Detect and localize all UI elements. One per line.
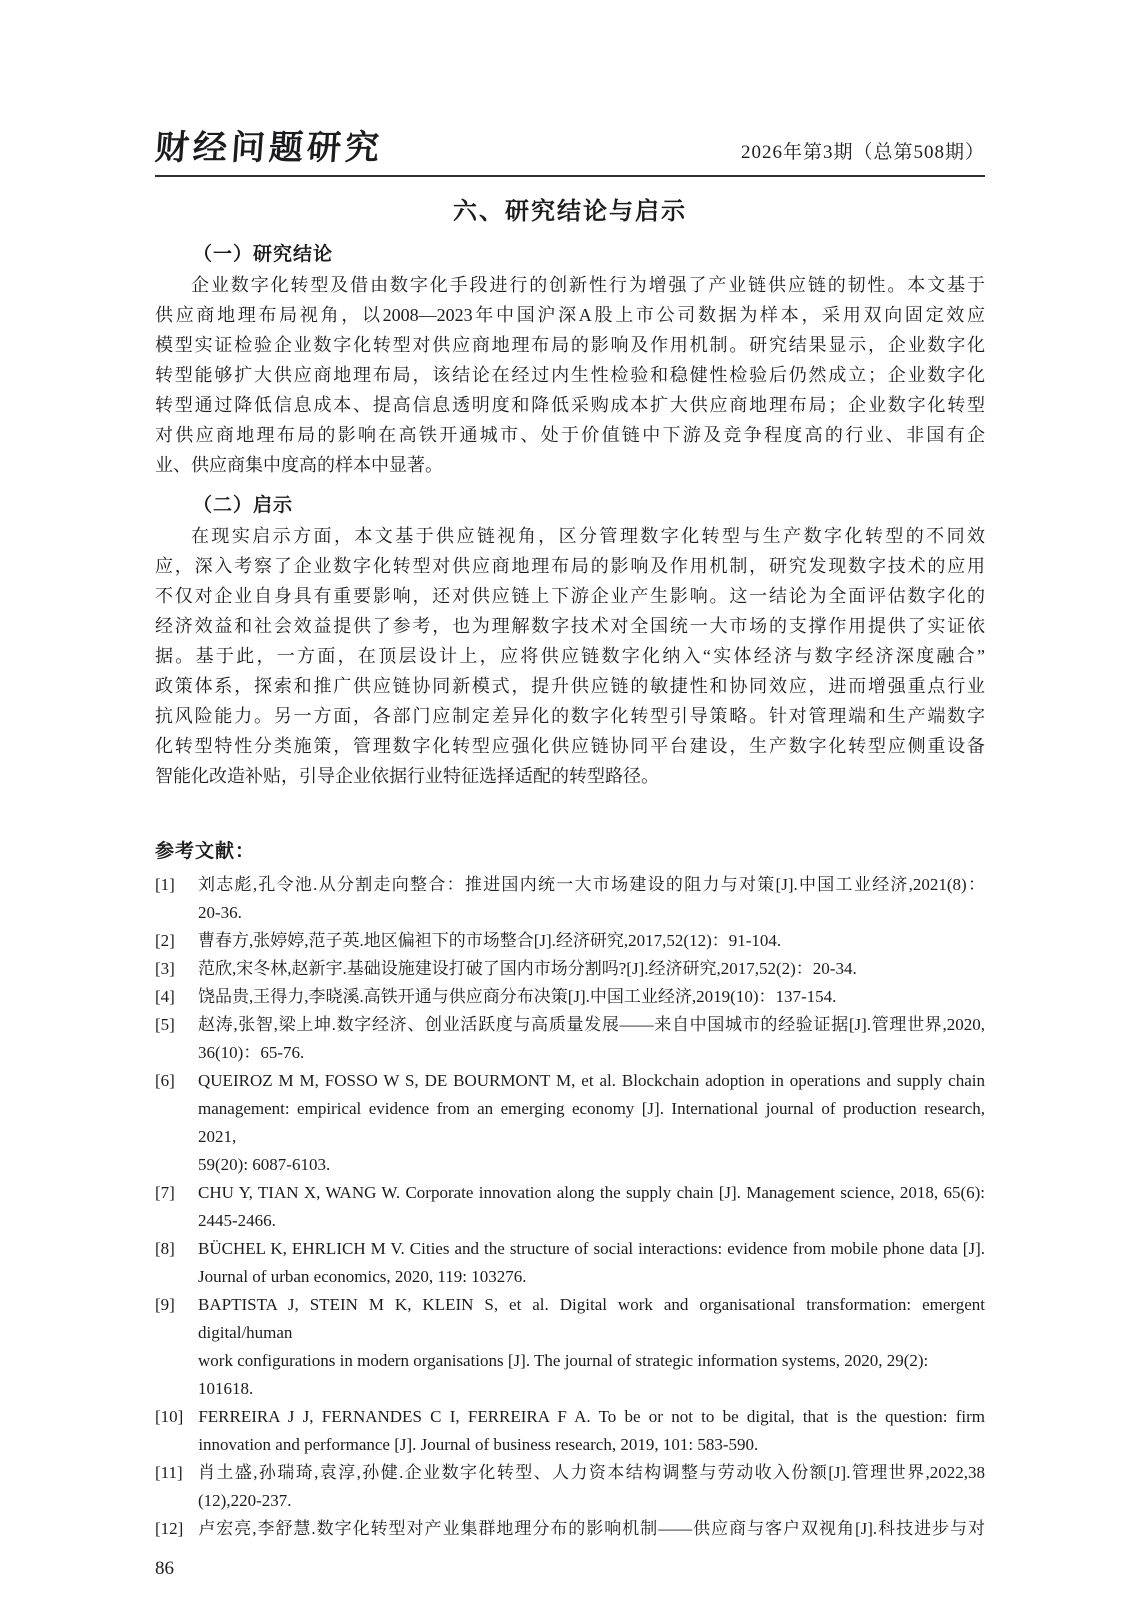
masthead: 财经问题研究 2026年第3期（总第508期） xyxy=(155,128,985,177)
reference-line: BAPTISTA J, STEIN M K, KLEIN S, et al. D… xyxy=(198,1291,985,1347)
reference-line: 范欣,宋冬林,赵新宇.基础设施建设打破了国内市场分割吗?[J].经济研究,201… xyxy=(198,955,985,983)
reference-line: innovation and performance [J]. Journal … xyxy=(198,1431,985,1459)
paragraph-line: 经济效益和社会效益提供了参考，也为理解数字技术对全国统一大市场的支撑作用提供了实… xyxy=(155,611,985,641)
paragraph-line: 转型通过降低信息成本、提高信息透明度和降低采购成本扩大供应商地理布局；企业数字化… xyxy=(155,390,985,420)
paragraph-line: 抗风险能力。另一方面，各部门应制定差异化的数字化转型引导策略。针对管理端和生产端… xyxy=(155,701,985,731)
reference-line: work configurations in modern organisati… xyxy=(198,1347,985,1403)
issue-info: 2026年第3期（总第508期） xyxy=(741,138,985,168)
page-number: 86 xyxy=(155,1555,985,1583)
references-heading: 参考文献： xyxy=(155,837,985,867)
paragraph-line: 转型能够扩大供应商地理布局，该结论在经过内生性检验和稳健性检验后仍然成立；企业数… xyxy=(155,360,985,390)
reference-line: BÜCHEL K, EHRLICH M V. Cities and the st… xyxy=(198,1235,985,1263)
reference-item: [10] FERREIRA J J, FERNANDES C I, FERREI… xyxy=(155,1403,985,1459)
paragraph-line: 模型实证检验企业数字化转型对供应商地理布局的影响及作用机制。研究结果显示，企业数… xyxy=(155,330,985,360)
reference-item: [12] 卢宏亮,李舒慧.数字化转型对产业集群地理分布的影响机制——供应商与客户… xyxy=(155,1515,985,1543)
paragraph-line: 智能化改造补贴，引导企业依据行业特征选择适配的转型路径。 xyxy=(155,761,985,791)
reference-item: [3] 范欣,宋冬林,赵新宇.基础设施建设打破了国内市场分割吗?[J].经济研究… xyxy=(155,955,985,983)
reference-line: FERREIRA J J, FERNANDES C I, FERREIRA F … xyxy=(198,1403,985,1431)
reference-line: 36(10)：65-76. xyxy=(198,1039,985,1067)
paragraph-conclusions: 企业数字化转型及借由数字化手段进行的创新性行为增强了产业链供应链的韧性。本文基于… xyxy=(155,270,985,480)
reference-label: [1] xyxy=(155,871,183,927)
reference-label: [11] xyxy=(155,1459,183,1515)
subsection-heading-2: （二）启示 xyxy=(155,491,985,521)
reference-item: [4] 饶品贵,王得力,李晓溪.高铁开通与供应商分布决策[J].中国工业经济,2… xyxy=(155,983,985,1011)
reference-line: 饶品贵,王得力,李晓溪.高铁开通与供应商分布决策[J].中国工业经济,2019(… xyxy=(198,983,985,1011)
reference-line: 2445-2466. xyxy=(198,1207,985,1235)
reference-label: [2] xyxy=(155,927,183,955)
reference-label: [6] xyxy=(155,1067,183,1179)
reference-label: [8] xyxy=(155,1235,183,1291)
paragraph-line: 供应商地理布局视角，以2008—2023年中国沪深A股上市公司数据为样本，采用双… xyxy=(155,300,985,330)
subsection-heading-1: （一）研究结论 xyxy=(155,240,985,270)
reference-line: 肖土盛,孙瑞琦,袁淳,孙健.企业数字化转型、人力资本结构调整与劳动收入份额[J]… xyxy=(198,1459,985,1487)
reference-line: 59(20): 6087-6103. xyxy=(198,1151,985,1179)
reference-line: (12),220-237. xyxy=(198,1487,985,1515)
paragraph-implications: 在现实启示方面，本文基于供应链视角，区分管理数字化转型与生产数字化转型的不同效 … xyxy=(155,521,985,791)
paragraph-line: 业、供应商集中度高的样本中显著。 xyxy=(155,450,985,480)
reference-item: [5] 赵涛,张智,梁上坤.数字经济、创业活跃度与高质量发展——来自中国城市的经… xyxy=(155,1011,985,1067)
reference-item: [1] 刘志彪,孔令池.从分割走向整合：推进国内统一大市场建设的阻力与对策[J]… xyxy=(155,871,985,927)
reference-line: 曹春方,张婷婷,范子英.地区偏袒下的市场整合[J].经济研究,2017,52(1… xyxy=(198,927,985,955)
paragraph-line: 不仅对企业自身具有重要影响，还对供应链上下游企业产生影响。这一结论为全面评估数字… xyxy=(155,581,985,611)
paragraph-line: 政策体系，探索和推广供应链协同新模式，提升供应链的敏捷性和协同效应，进而增强重点… xyxy=(155,671,985,701)
paragraph-line: 对供应商地理布局的影响在高铁开通城市、处于价值链中下游及竞争程度高的行业、非国有… xyxy=(155,420,985,450)
section-title: 六、研究结论与启示 xyxy=(155,195,985,229)
reference-line: Journal of urban economics, 2020, 119: 1… xyxy=(198,1263,985,1291)
reference-item: [11] 肖土盛,孙瑞琦,袁淳,孙健.企业数字化转型、人力资本结构调整与劳动收入… xyxy=(155,1459,985,1515)
journal-page: 财经问题研究 2026年第3期（总第508期） 六、研究结论与启示 （一）研究结… xyxy=(0,0,1140,1600)
reference-label: [10] xyxy=(155,1403,183,1459)
paragraph-line: 企业数字化转型及借由数字化手段进行的创新性行为增强了产业链供应链的韧性。本文基于 xyxy=(155,270,985,300)
reference-item: [6] QUEIROZ M M, FOSSO W S, DE BOURMONT … xyxy=(155,1067,985,1179)
reference-line: QUEIROZ M M, FOSSO W S, DE BOURMONT M, e… xyxy=(198,1067,985,1095)
reference-line: CHU Y, TIAN X, WANG W. Corporate innovat… xyxy=(198,1179,985,1207)
reference-label: [3] xyxy=(155,955,183,983)
paragraph-line: 据。基于此，一方面，在顶层设计上，应将供应链数字化纳入“实体经济与数字经济深度融… xyxy=(155,641,985,671)
reference-label: [9] xyxy=(155,1291,183,1403)
paragraph-line: 在现实启示方面，本文基于供应链视角，区分管理数字化转型与生产数字化转型的不同效 xyxy=(155,521,985,551)
paragraph-line: 应，深入考察了企业数字化转型对供应商地理布局的影响及作用机制，研究发现数字技术的… xyxy=(155,551,985,581)
reference-item: [2] 曹春方,张婷婷,范子英.地区偏袒下的市场整合[J].经济研究,2017,… xyxy=(155,927,985,955)
references-list: [1] 刘志彪,孔令池.从分割走向整合：推进国内统一大市场建设的阻力与对策[J]… xyxy=(155,871,985,1543)
reference-label: [7] xyxy=(155,1179,183,1235)
reference-item: [7] CHU Y, TIAN X, WANG W. Corporate inn… xyxy=(155,1179,985,1235)
reference-line: 赵涛,张智,梁上坤.数字经济、创业活跃度与高质量发展——来自中国城市的经验证据[… xyxy=(198,1011,985,1039)
reference-label: [4] xyxy=(155,983,183,1011)
reference-line: 卢宏亮,李舒慧.数字化转型对产业集群地理分布的影响机制——供应商与客户双视角[J… xyxy=(198,1515,985,1543)
reference-label: [5] xyxy=(155,1011,183,1067)
reference-line: management: empirical evidence from an e… xyxy=(198,1095,985,1151)
reference-label: [12] xyxy=(155,1515,183,1543)
journal-logo: 财经问题研究 xyxy=(154,128,385,168)
paragraph-line: 化转型特性分类施策，管理数字化转型应强化供应链协同平台建设，生产数字化转型应侧重… xyxy=(155,731,985,761)
reference-item: [9] BAPTISTA J, STEIN M K, KLEIN S, et a… xyxy=(155,1291,985,1403)
reference-line: 刘志彪,孔令池.从分割走向整合：推进国内统一大市场建设的阻力与对策[J].中国工… xyxy=(198,871,985,899)
reference-item: [8] BÜCHEL K, EHRLICH M V. Cities and th… xyxy=(155,1235,985,1291)
reference-line: 20-36. xyxy=(198,899,985,927)
